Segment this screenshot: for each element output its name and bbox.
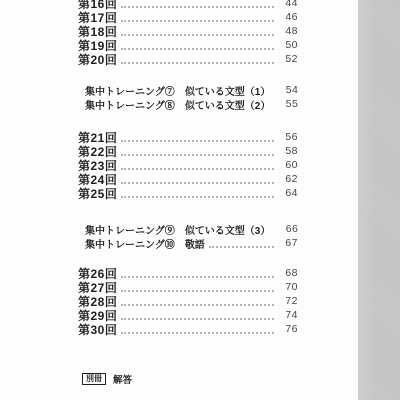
- training-title: 集中トレーニング⑩: [85, 236, 175, 251]
- toc-page: 第16回 44 第17回 46 第18回 48 第19回 50 第20回 52 …: [0, 0, 358, 400]
- page-number: 52: [278, 53, 298, 65]
- lesson-title: 第30回: [78, 321, 117, 338]
- page-number: 64: [278, 187, 298, 199]
- training-subtitle: 似ている文型（3）: [185, 222, 271, 237]
- page-number: 60: [278, 159, 298, 171]
- dot-leader: [121, 175, 274, 184]
- dot-leader: [121, 133, 274, 142]
- page-number: 54: [278, 84, 298, 96]
- dot-leader: [209, 239, 274, 248]
- toc-row-training: 集中トレーニング⑩ 敬語 67: [85, 236, 298, 250]
- toc-group-trainings: 集中トレーニング⑦ 似ている文型（1） 54 集中トレーニング⑧ 似ている文型（…: [78, 83, 298, 111]
- page-number: 58: [278, 145, 298, 157]
- toc-group-lessons: 第21回 56 第22回 58 第23回 60 第24回 62 第25回 64: [78, 130, 298, 200]
- toc-row-training: 集中トレーニング⑧ 似ている文型（2） 55: [85, 97, 298, 111]
- toc-row-lesson: 第25回 64: [78, 186, 298, 200]
- dot-leader: [121, 147, 274, 156]
- dot-leader: [121, 13, 274, 22]
- appendix-badge: 別冊: [82, 373, 106, 385]
- training-title: 集中トレーニング⑦: [85, 83, 175, 98]
- toc-group-lessons: 第16回 44 第17回 46 第18回 48 第19回 50 第20回 52: [78, 0, 298, 66]
- dot-leader: [121, 311, 274, 320]
- adjacent-page-edge: [358, 0, 400, 400]
- page-number: 50: [278, 39, 298, 51]
- page-number: 66: [278, 223, 298, 235]
- page-number: 46: [278, 11, 298, 23]
- dot-leader: [121, 161, 274, 170]
- dot-leader: [121, 27, 274, 36]
- page-number: 48: [278, 25, 298, 37]
- toc-group-lessons: 第26回 68 第27回 70 第28回 72 第29回 74 第30回 76: [78, 266, 298, 336]
- training-subtitle: 似ている文型（1）: [185, 83, 271, 98]
- toc-row-lesson: 第20回 52: [78, 52, 298, 66]
- page-number: 67: [278, 237, 298, 249]
- lesson-title: 第20回: [78, 51, 117, 68]
- page-number: 62: [278, 173, 298, 185]
- appendix-row: 別冊 解答: [82, 372, 132, 386]
- dot-leader: [121, 41, 274, 50]
- dot-leader: [121, 297, 274, 306]
- page-number: 76: [278, 323, 298, 335]
- lesson-title: 第25回: [78, 185, 117, 202]
- page-number: 44: [278, 0, 298, 9]
- dot-leader: [121, 325, 274, 334]
- page-number: 55: [278, 98, 298, 110]
- dot-leader: [121, 55, 274, 64]
- dot-leader: [121, 283, 274, 292]
- training-subtitle: 似ている文型（2）: [185, 97, 271, 112]
- page-number: 68: [278, 267, 298, 279]
- toc-row-training: 集中トレーニング⑦ 似ている文型（1） 54: [85, 83, 298, 97]
- training-title: 集中トレーニング⑨: [85, 222, 175, 237]
- training-title: 集中トレーニング⑧: [85, 97, 175, 112]
- dot-leader: [121, 0, 274, 8]
- page-number: 74: [278, 309, 298, 321]
- appendix-label: 解答: [113, 372, 132, 386]
- page-number: 56: [278, 131, 298, 143]
- dot-leader: [121, 189, 274, 198]
- page-number: 70: [278, 281, 298, 293]
- toc-group-trainings: 集中トレーニング⑨ 似ている文型（3） 66 集中トレーニング⑩ 敬語 67: [78, 222, 298, 250]
- dot-leader: [121, 269, 274, 278]
- toc-row-lesson: 第30回 76: [78, 322, 298, 336]
- toc-row-training: 集中トレーニング⑨ 似ている文型（3） 66: [85, 222, 298, 236]
- training-subtitle: 敬語: [185, 236, 205, 251]
- table-of-contents: 第16回 44 第17回 46 第18回 48 第19回 50 第20回 52 …: [78, 0, 298, 336]
- page-number: 72: [278, 295, 298, 307]
